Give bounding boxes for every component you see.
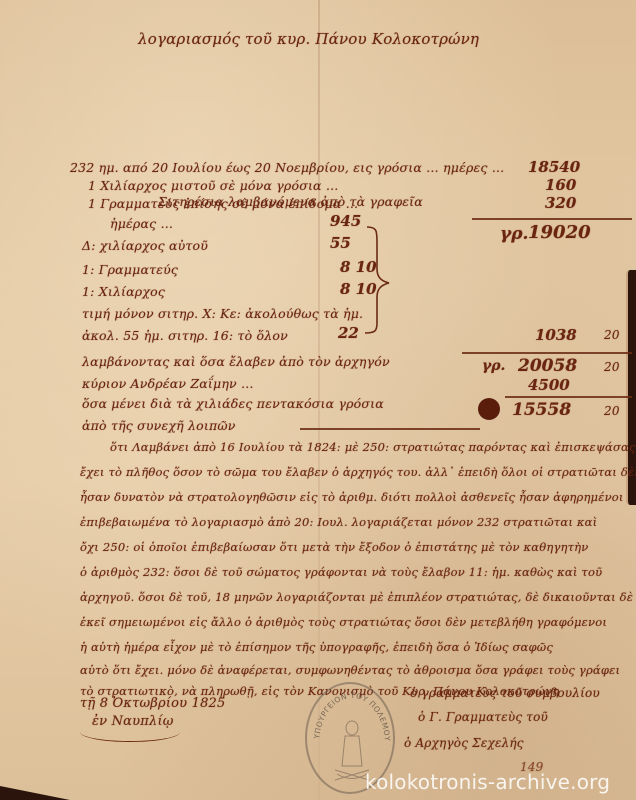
ration-text: ἀκολ. 55 ἡμ. σιτηρ. 16: τὸ ὅλον bbox=[82, 328, 288, 343]
paragraph-line: ὁ ἀριθμὸς 232: ὅσοι δὲ τοῦ σώματος γράφο… bbox=[80, 565, 602, 579]
ration-amount: 945 bbox=[330, 212, 361, 230]
underline-flourish bbox=[80, 722, 180, 742]
svg-text:ΥΠΟΥΡΓΕΙΟΝ ΤΟΥ ΠΟΛΕΜΟΥ: ΥΠΟΥΡΓΕΙΟΝ ΤΟΥ ΠΟΛΕΜΟΥ bbox=[312, 691, 392, 742]
ration-amount: 22 bbox=[338, 324, 359, 342]
currency-prefix: γρ. bbox=[500, 224, 528, 244]
brace-icon bbox=[365, 225, 405, 335]
paragraph-line: ἐκεῖ σημειωμένοι εἰς ἄλλο ὁ ἀριθμὸς τοὺς… bbox=[80, 615, 607, 629]
signature-line: ὁ Γ. Γραμματεὺς τοῦ bbox=[418, 710, 548, 724]
document-scan: λογαριασμός τοῦ κυρ. Πάνου Κολοκοτρώνη 2… bbox=[0, 0, 636, 800]
signature-line: ὁ Αρχηγὸς Σεχελής bbox=[404, 736, 524, 750]
line-text: λαμβάνοντας καὶ ὅσα ἔλαβεν ἀπὸ τὸν ἀρχηγ… bbox=[82, 354, 390, 369]
grand-total-paras: 20 bbox=[604, 360, 620, 374]
ration-text: ἡμέρας … bbox=[110, 216, 173, 231]
ration-amount: 55 bbox=[330, 234, 351, 252]
torn-corner-bottom-left bbox=[0, 786, 70, 800]
watermark-text: kolokotronis-archive.org bbox=[365, 770, 610, 794]
paragraph-line: ὅτι Λαμβάνει ἀπὸ 16 Ιουλίου τὰ 1824: μὲ … bbox=[110, 440, 636, 454]
ration-text: Δ: χιλίαρχος αὐτοῦ bbox=[82, 238, 208, 253]
subtotal-amount: 19020 bbox=[528, 222, 591, 243]
flourish-line bbox=[300, 428, 480, 430]
entry-amount: 18540 bbox=[528, 158, 580, 176]
paragraph-line: ἐπιβεβαιωμένα τὸ λογαριασμὸ ἀπὸ 20: Ιουλ… bbox=[80, 515, 597, 529]
paragraph-line: ἀρχηγοῦ. ὅσοι δὲ τοῦ, 18 μηνῶν λογαριάζο… bbox=[80, 590, 633, 604]
ration-text: 1: Γραμματεύς bbox=[82, 262, 178, 277]
document-title: λογαριασμός τοῦ κυρ. Πάνου Κολοκοτρώνη bbox=[138, 30, 479, 48]
line-text: ὅσα μένει διὰ τὰ χιλιάδες πεντακόσια γρό… bbox=[82, 396, 384, 411]
paragraph-line: ἡ αὐτὴ ἡμέρα εἶχον μὲ τὸ ἐπίσημον τῆς ὑπ… bbox=[80, 640, 553, 654]
rations-total-paras: 20 bbox=[604, 328, 620, 342]
ration-text: τιμή μόνον σιτηρ. Χ: Κε: ἀκολούθως τὰ ἡμ… bbox=[82, 306, 363, 321]
entry-amount: 320 bbox=[545, 194, 576, 212]
entry-text: 1 Χιλίαρχος μιστοῦ σὲ μόνα γρόσια … bbox=[88, 178, 339, 193]
section-heading: Σιτηρέσια λαμβανόμενα ἀπὸ τὰ γραφεῖα bbox=[158, 194, 423, 209]
grand-total: 20058 bbox=[518, 356, 577, 376]
paragraph-line: ἦσαν δυνατὸν νὰ στρατολογηθῶσιν εἰς τὸ ἀ… bbox=[80, 490, 624, 504]
currency-prefix: γρ. bbox=[482, 358, 505, 374]
rations-total: 1038 bbox=[535, 326, 577, 344]
entry-amount: 160 bbox=[545, 176, 576, 194]
remaining-paras: 20 bbox=[604, 404, 620, 418]
line-text: ἀπὸ τῆς συνεχῆ λοιπῶν bbox=[82, 418, 236, 433]
sum-rule bbox=[505, 396, 632, 398]
signature-line: ὁ γραμματεὺς τοῦ συμβουλίου bbox=[410, 686, 600, 700]
paragraph-line: ἔχει τὸ πλῆθος ὅσον τὸ σῶμα του ἔλαβεν ὁ… bbox=[80, 465, 636, 479]
date-line: τῇ 8 Ὀκτωβρίου 1825 bbox=[80, 696, 226, 711]
ink-blot bbox=[478, 398, 500, 420]
remaining-amount: 15558 bbox=[512, 400, 571, 420]
paragraph-line: αὐτὸ ὅτι ἔχει. μόνο δὲ ἀναφέρεται, συμφω… bbox=[80, 663, 620, 677]
deduction-amount: 4500 bbox=[528, 376, 570, 394]
line-text: κύριον Ανδρέαν Ζαΐμην … bbox=[82, 376, 254, 391]
sum-rule bbox=[462, 352, 632, 354]
ration-text: 1: Χιλίαρχος bbox=[82, 284, 165, 299]
sum-rule bbox=[472, 218, 632, 220]
entry-text: 232 ημ. από 20 Ιουλίου έως 20 Νοεμβρίου,… bbox=[70, 160, 505, 175]
paragraph-line: ὄχι 250: οἱ ὁποῖοι ἐπιβεβαίωσαν ὅτι μετὰ… bbox=[80, 540, 588, 554]
